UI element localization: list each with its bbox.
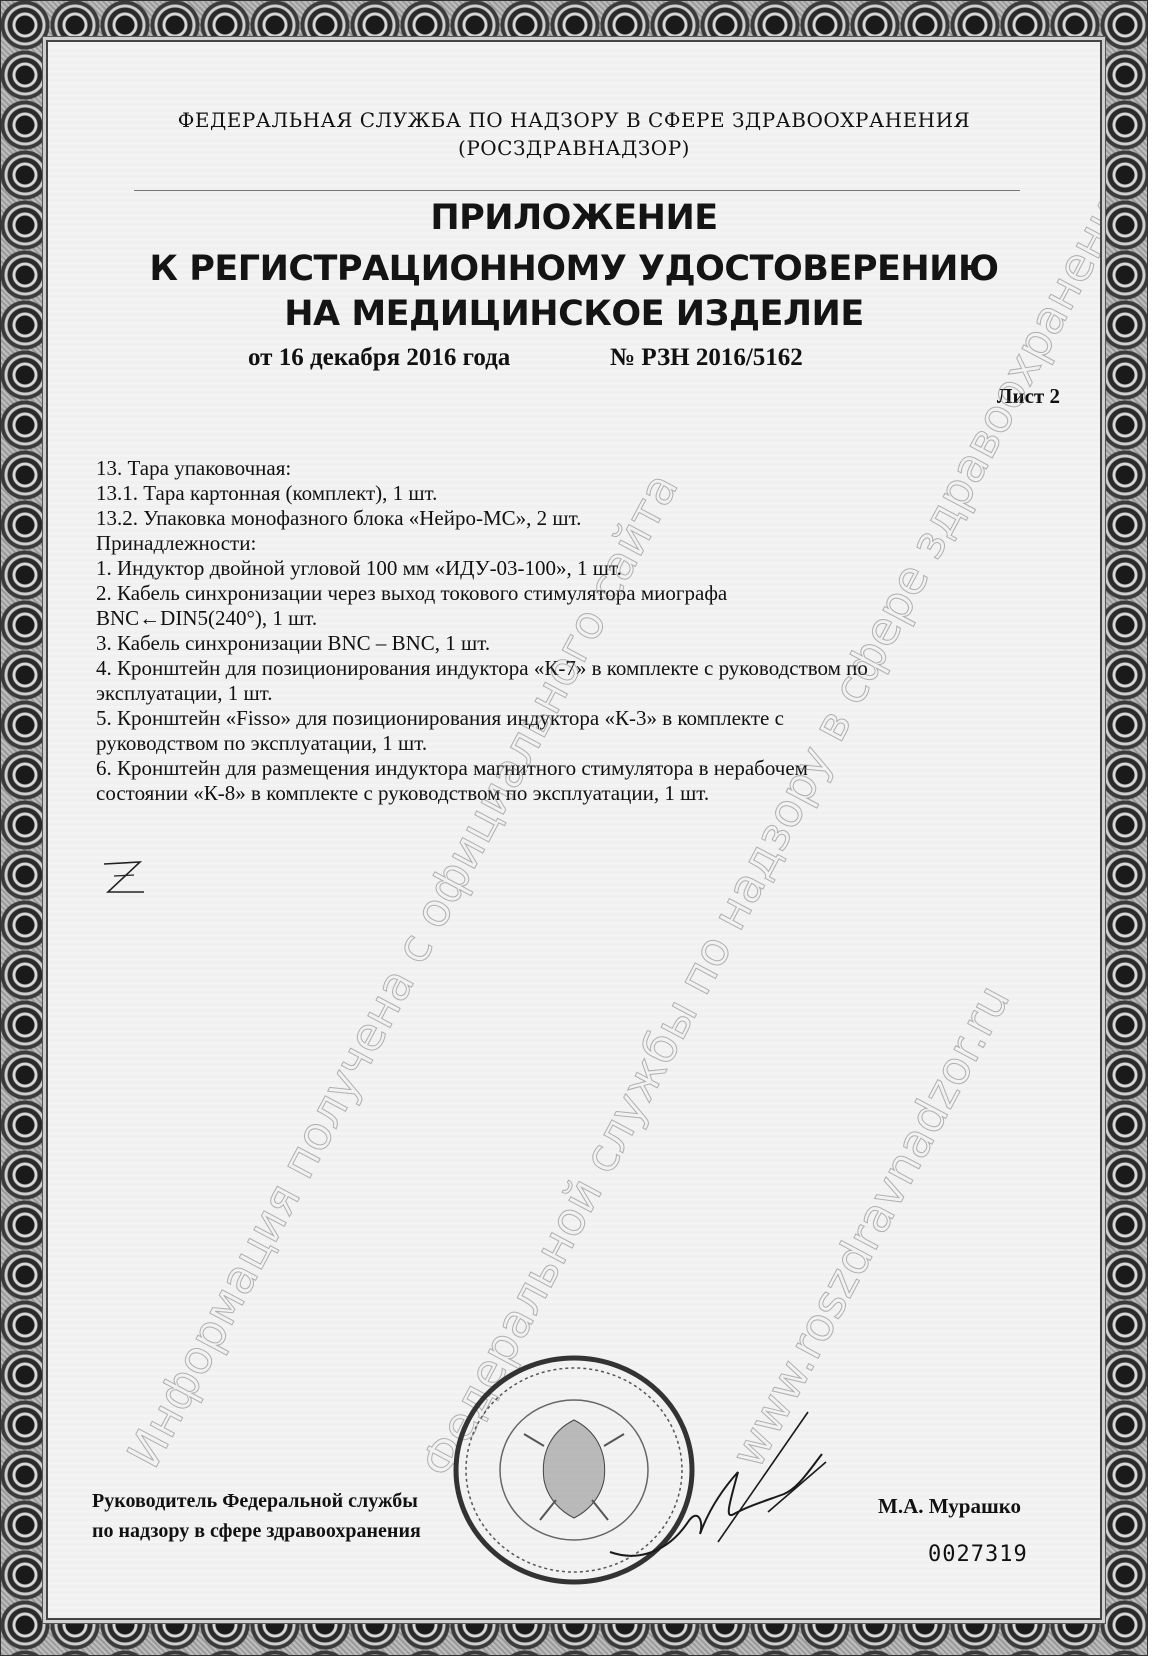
list-item: 5. Кронштейн «Fisso» для позиционировани…	[96, 706, 1036, 731]
list-item: 4. Кронштейн для позиционирования индукт…	[96, 656, 1036, 681]
list-item: руководством по эксплуатации, 1 шт.	[96, 731, 1036, 756]
header-divider	[134, 190, 1020, 191]
registration-date: от 16 декабря 2016 года	[248, 344, 510, 372]
list-item: 13.1. Тара картонная (комплект), 1 шт.	[96, 481, 1036, 506]
list-item: 2. Кабель синхронизации через выход токо…	[96, 581, 1036, 606]
handwritten-z-mark	[100, 858, 150, 898]
list-item: 13. Тара упаковочная:	[96, 456, 1036, 481]
certificate-sheet: ФЕДЕРАЛЬНАЯ СЛУЖБА ПО НАДЗОРУ В СФЕРЕ ЗД…	[46, 40, 1102, 1620]
document-subtitle-1: К РЕГИСТРАЦИОННОМУ УДОСТОВЕРЕНИЮ	[48, 249, 1100, 289]
list-item: 13.2. Упаковка монофазного блока «Нейро-…	[96, 506, 1036, 531]
agency-abbreviation: (РОСЗДРАВНАДЗОР)	[48, 134, 1100, 162]
list-item: 3. Кабель синхронизации BNC – BNC, 1 шт.	[96, 631, 1036, 656]
agency-header: ФЕДЕРАЛЬНАЯ СЛУЖБА ПО НАДЗОРУ В СФЕРЕ ЗД…	[48, 106, 1100, 162]
signer-name: М.А. Мурашко	[878, 1494, 1021, 1519]
sheet-number: Лист 2	[997, 384, 1060, 409]
signer-position-line-2: по надзору в сфере здравоохранения	[92, 1516, 421, 1546]
signer-position-line-1: Руководитель Федеральной службы	[92, 1486, 421, 1516]
signer-position: Руководитель Федеральной службы по надзо…	[92, 1486, 421, 1546]
document-title: ПРИЛОЖЕНИЕ	[48, 198, 1100, 238]
list-item: Принадлежности:	[96, 531, 1036, 556]
list-item: состоянии «К-8» в комплекте с руководств…	[96, 781, 1036, 806]
list-item: 1. Индуктор двойной угловой 100 мм «ИДУ-…	[96, 556, 1036, 581]
registration-number: № РЗН 2016/5162	[610, 344, 803, 372]
form-serial-number: 0027319	[928, 1542, 1028, 1567]
list-item: эксплуатации, 1 шт.	[96, 681, 1036, 706]
document-subtitle-2: НА МЕДИЦИНСКОЕ ИЗДЕЛИЕ	[48, 294, 1100, 334]
signature-icon	[608, 1402, 828, 1572]
list-item: 6. Кронштейн для размещения индуктора ма…	[96, 756, 1036, 781]
list-item: BNC←DIN5(240°), 1 шт.	[96, 606, 1036, 631]
items-list: 13. Тара упаковочная: 13.1. Тара картонн…	[96, 456, 1036, 806]
agency-name: ФЕДЕРАЛЬНАЯ СЛУЖБА ПО НАДЗОРУ В СФЕРЕ ЗД…	[48, 106, 1100, 134]
